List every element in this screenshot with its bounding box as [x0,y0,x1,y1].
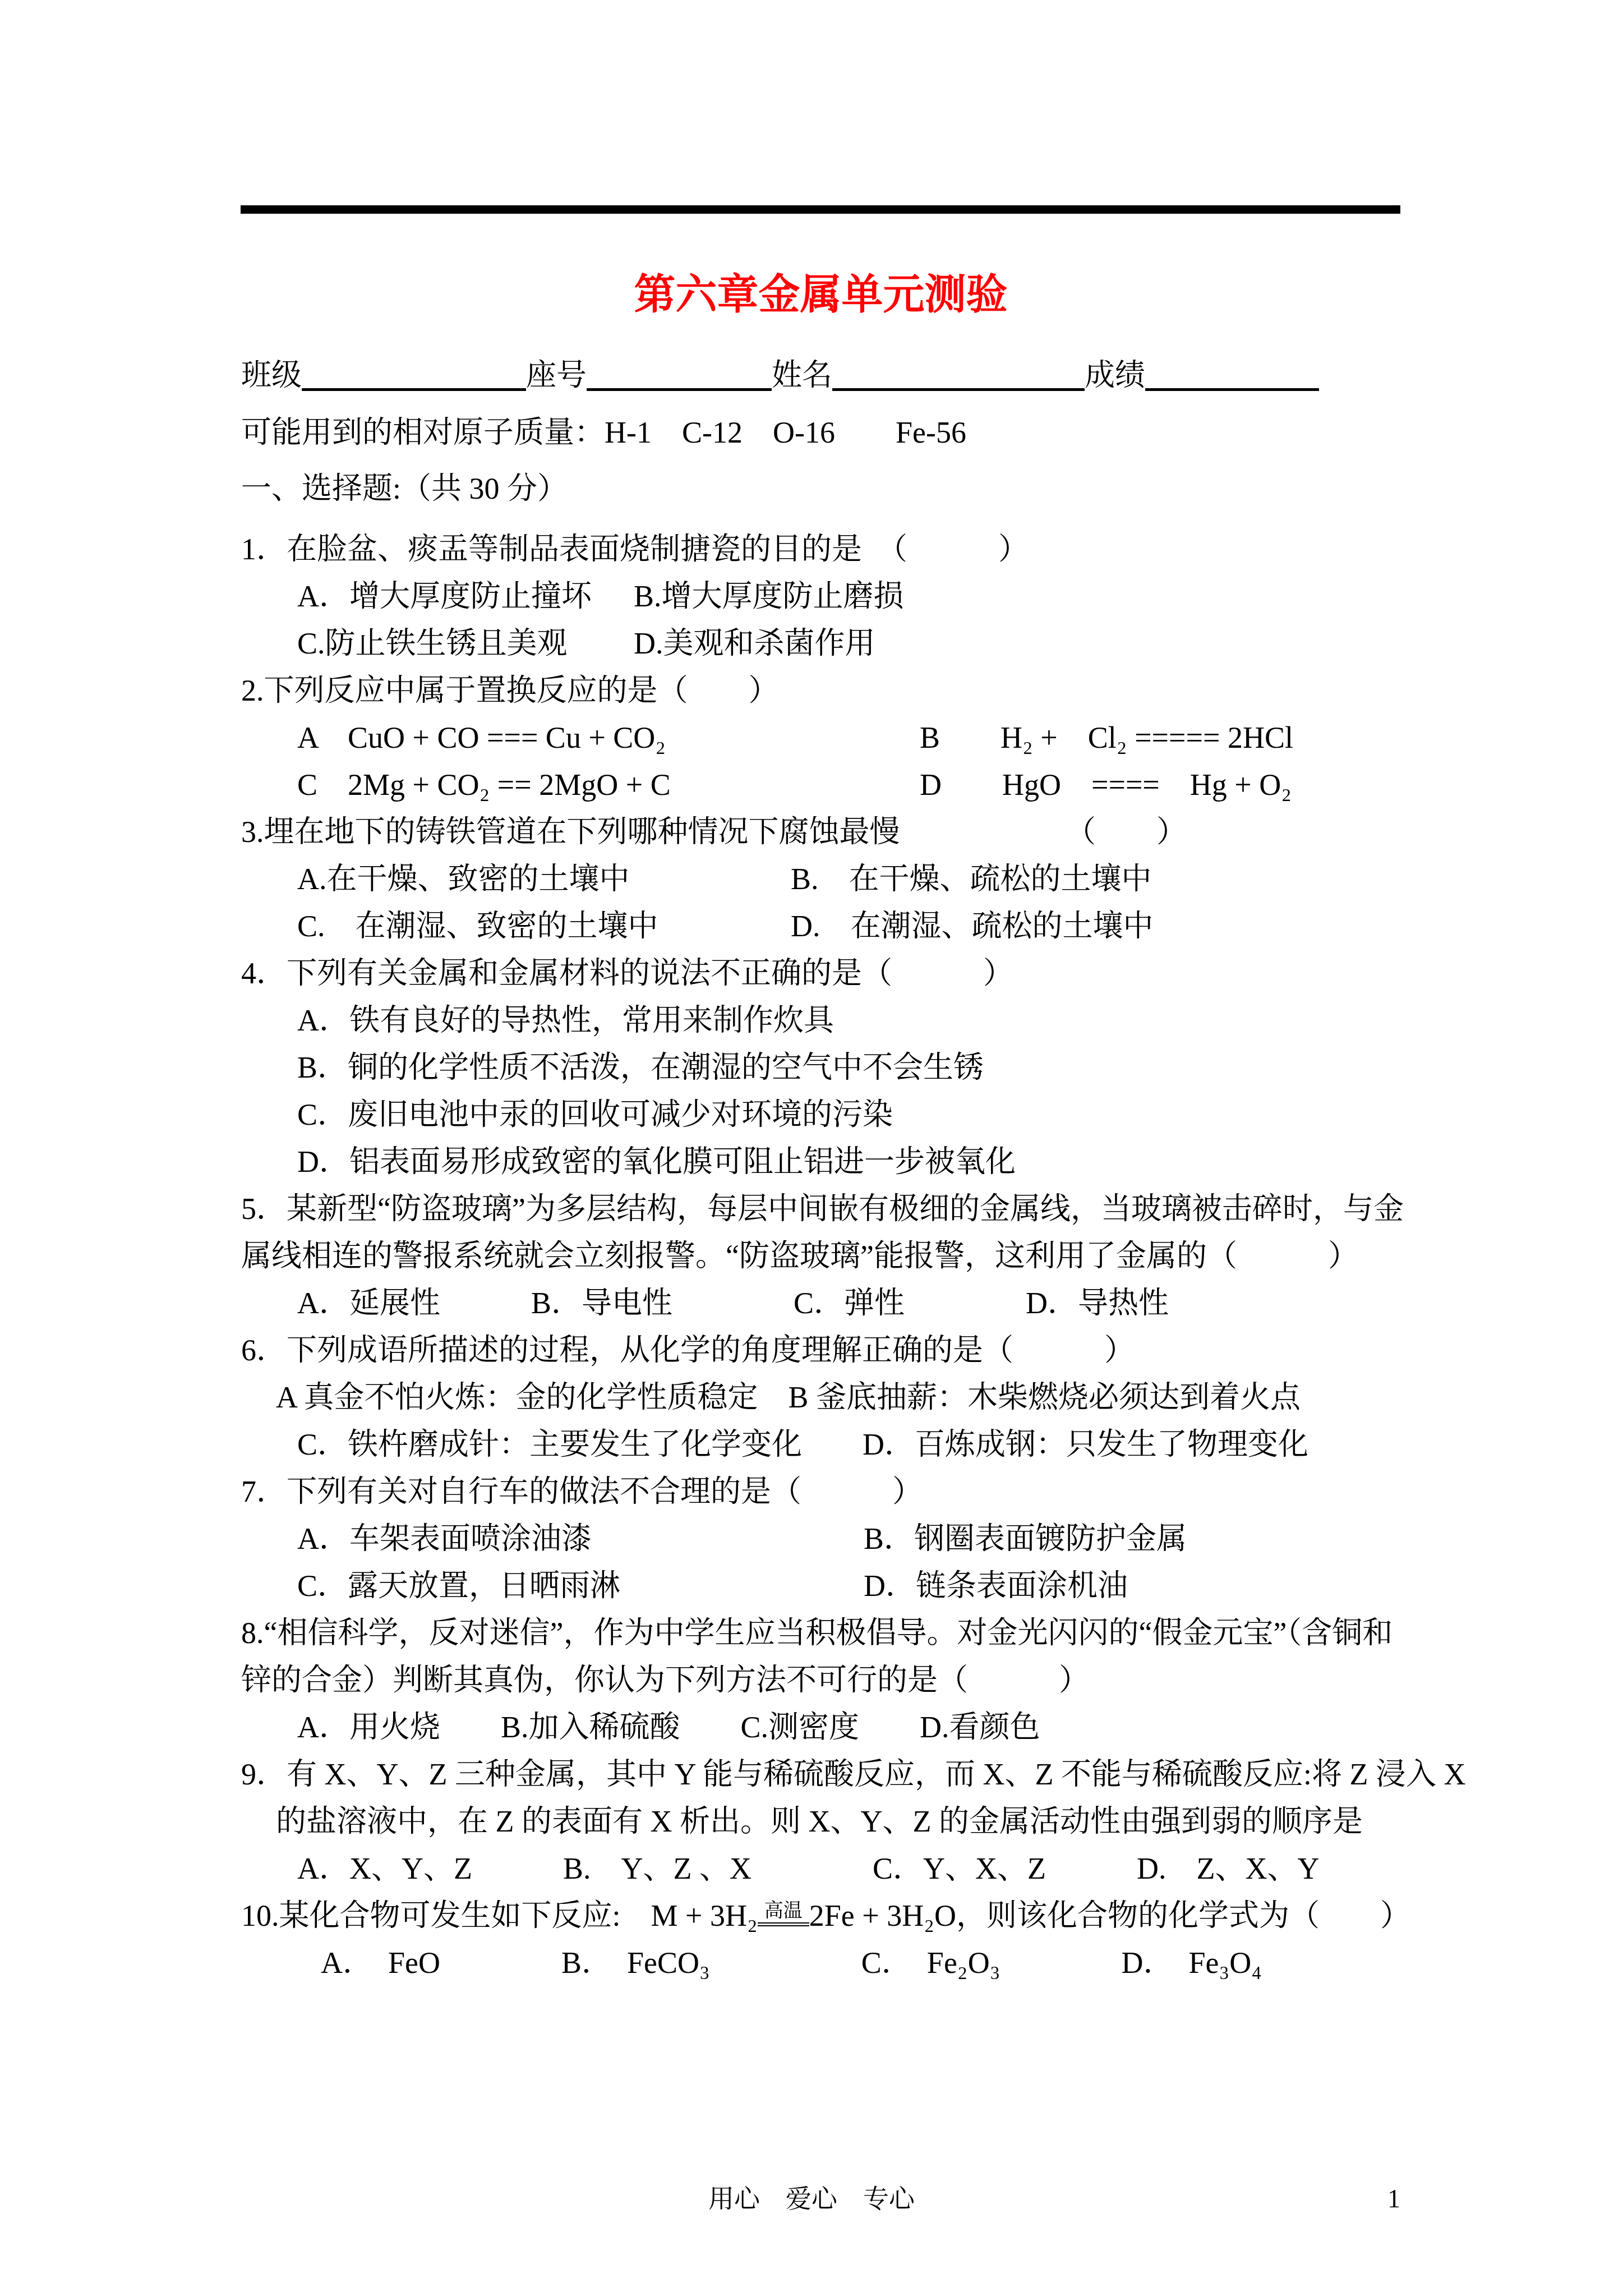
question-3-line-3: C. 在潮湿、致密的土壤中D. 在潮湿、疏松的土壤中 [241,903,1400,950]
question-4-line-2: A．铁有良好的导热性，常用来制作炊具 [241,997,1400,1044]
question-10-line-2: A． FeO B． FeCO₃ C． Fe₂O₃ D． Fe₃O₄ [241,1939,1400,1986]
question-4-line-4: C．废旧电池中汞的回收可减少对环境的污染 [241,1091,1400,1138]
question-3-line-2: A.在干燥、致密的土壤中B. 在干燥、疏松的土壤中 [241,855,1400,903]
atomic-masses-line: 可能用到的相对原子质量：H-1 C-12 O-16 Fe-56 [241,409,1400,456]
blank-underline-0 [302,380,526,391]
question-4-stem: 4．下列有关金属和金属材料的说法不正确的是（ ） [241,950,1400,997]
footer-motto: 用心 爱心 专心 [0,2182,1623,2216]
question-5-line-3: A．延展性 B．导电性 C．弹性 D．导热性 [241,1280,1400,1327]
header-blanks-line: 班级座号姓名成绩 [241,352,1400,399]
question-10-stem: 10.某化合物可发生如下反应: M + 3H₂高温2Fe + 3H₂O，则该化合… [241,1892,1400,1939]
question-6-stem: 6．下列成语所描述的过程，从化学的角度理解正确的是（ ） [241,1327,1400,1374]
question-3-stem: 3.埋在地下的铸铁管道在下列哪种情况下腐蚀最慢（ ） [241,808,1400,855]
reaction-condition-label: 高温 [758,1901,809,1926]
document-content: 第六章金属单元测验 班级座号姓名成绩 可能用到的相对原子质量：H-1 C-12 … [241,214,1400,1986]
question-5-line-2: 属线相连的警报系统就会立刻报警。“防盗玻璃”能报警，这利用了金属的（ ） [241,1232,1400,1280]
question-9-stem: 9．有 X、Y、Z 三种金属，其中 Y 能与稀硫酸反应，而 X、Z 不能与稀硫酸… [241,1751,1400,1798]
question-1-stem: 1．在脸盆、痰盂等制品表面烧制搪瓷的目的是 （ ） [241,526,1400,573]
question-8-line-3: A．用火烧 B.加入稀硫酸 C.测密度 D.看颜色 [241,1704,1400,1751]
question-1-line-3: C.防止铁生锈且美观D.美观和杀菌作用 [241,620,1400,667]
blank-underline-2 [832,380,1085,391]
question-7-line-2: A．车架表面喷涂油漆B．钢圈表面镀防护金属 [241,1515,1400,1562]
question-6-line-3: C．铁杵磨成针：主要发生了化学变化 D．百炼成钢：只发生了物理变化 [241,1421,1400,1468]
blank-underline-1 [587,380,772,391]
document-page: 第六章金属单元测验 班级座号姓名成绩 可能用到的相对原子质量：H-1 C-12 … [0,0,1623,2296]
blank-label-1: 座号 [526,358,587,392]
question-9-line-2: 的盐溶液中，在 Z 的表面有 X 析出。则 X、Y、Z 的金属活动性由强到弱的顺… [241,1798,1400,1845]
question-5-stem: 5．某新型“防盗玻璃”为多层结构，每层中间嵌有极细的金属线，当玻璃被击碎时，与金 [241,1185,1400,1232]
page-title: 第六章金属单元测验 [241,270,1400,320]
question-2-stem: 2.下列反应中属于置换反应的是（ ） [241,667,1400,714]
question-1-line-2: A．增大厚度防止撞坏B.增大厚度防止磨损 [241,573,1400,620]
top-horizontal-rule [241,205,1400,214]
question-9-line-3: A．X、Y、Z B. Y、Z 、X C．Y、X、Z D. Z、X、Y [241,1845,1400,1892]
blank-underline-3 [1145,380,1319,391]
question-2-line-3: C 2Mg + CO₂ == 2MgO + CD HgO ==== Hg + O… [241,761,1400,808]
page-number: 1 [1387,2182,1400,2216]
blank-label-2: 姓名 [772,358,832,392]
blank-label-0: 班级 [241,358,302,392]
question-2-line-2: A CuO + CO === Cu + CO₂B H₂ + Cl₂ ===== … [241,714,1400,761]
question-8-line-2: 锌的合金）判断其真伪，你认为下列方法不可行的是（ ） [241,1657,1400,1704]
blank-label-3: 成绩 [1085,358,1145,392]
question-7-stem: 7．下列有关对自行车的做法不合理的是（ ） [241,1468,1400,1515]
question-8-stem: 8.“相信科学，反对迷信”，作为中学生应当积极倡导。对金光闪闪的“假金元宝”（含… [241,1609,1400,1657]
section-heading: 一、选择题:（共 30 分） [241,465,1400,512]
question-7-line-3: C．露天放置，日晒雨淋D．链条表面涂机油 [241,1562,1400,1609]
questions: 1．在脸盆、痰盂等制品表面烧制搪瓷的目的是 （ ）A．增大厚度防止撞坏B.增大厚… [241,526,1400,1986]
question-4-line-3: B．铜的化学性质不活泼，在潮湿的空气中不会生锈 [241,1044,1400,1091]
question-4-line-5: D．铝表面易形成致密的氧化膜可阻止铝进一步被氧化 [241,1138,1400,1185]
question-6-line-2: A 真金不怕火炼：金的化学性质稳定 B 釜底抽薪：木柴燃烧必须达到着火点 [241,1374,1400,1421]
